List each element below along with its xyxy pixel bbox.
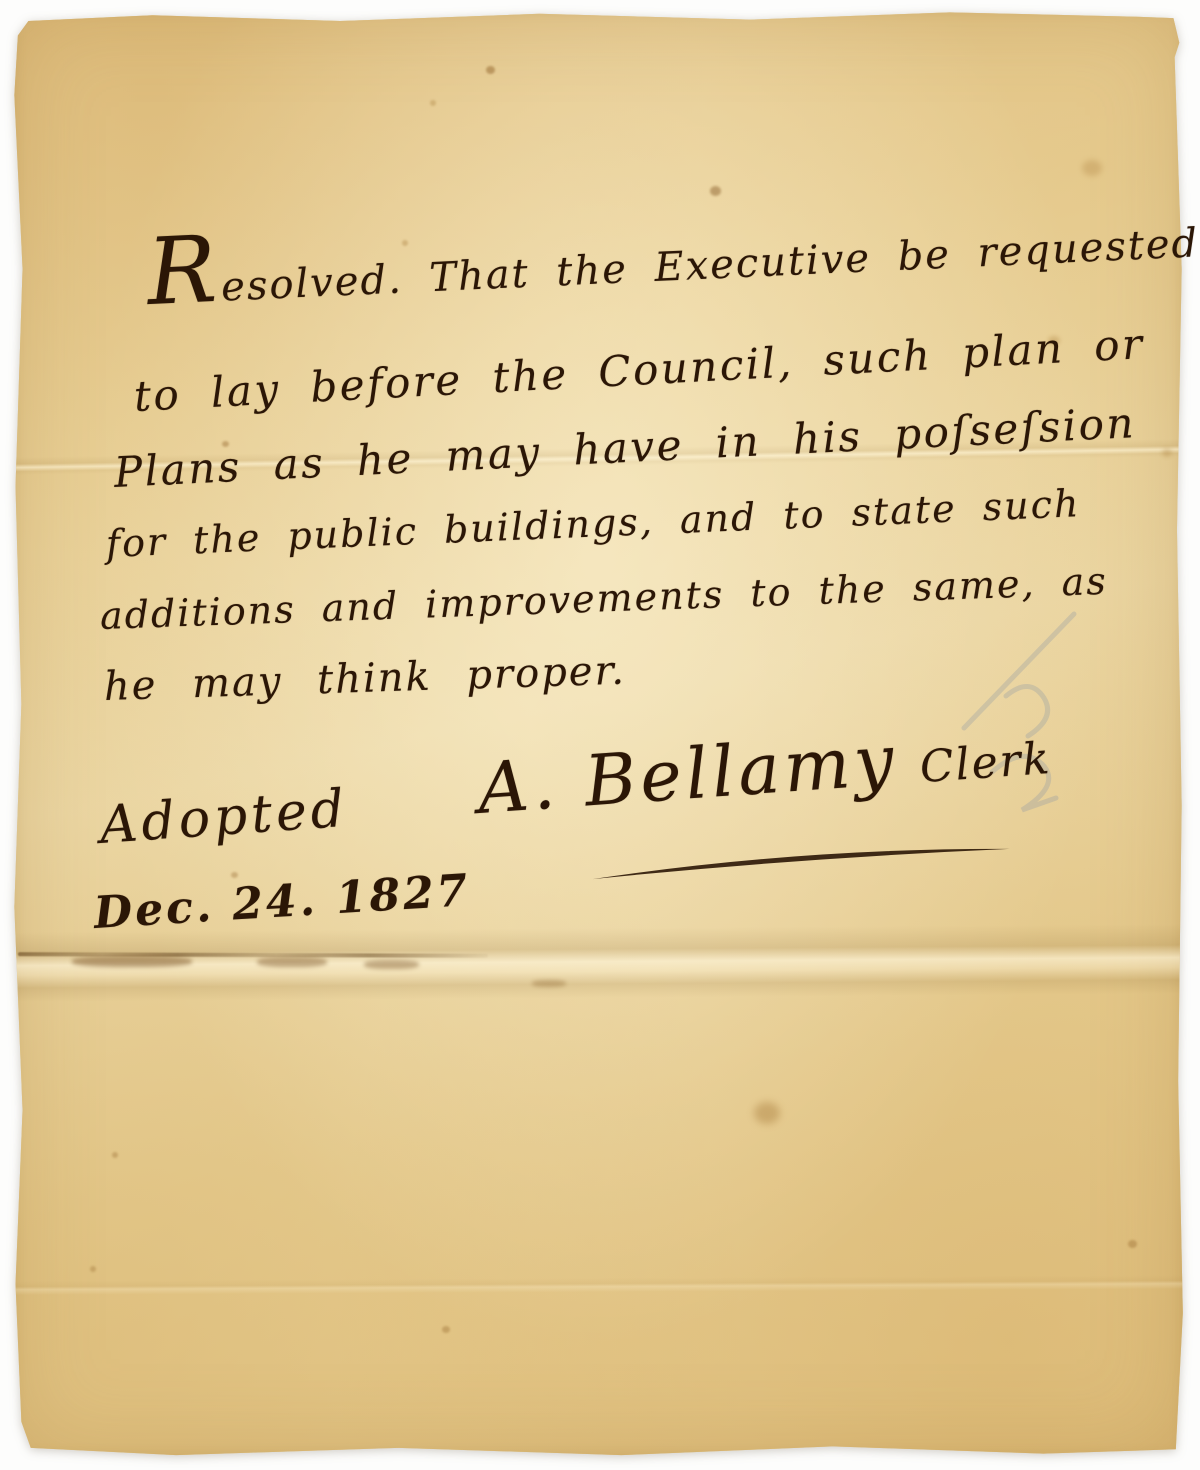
stain-spot: [1082, 160, 1102, 176]
stain-spot: [430, 100, 436, 106]
fold-crease-lower: [12, 1275, 1184, 1295]
stain-spot: [231, 872, 238, 878]
stain-spot: [754, 1102, 780, 1124]
stain-spot: [1128, 1240, 1137, 1248]
crease-stain: [532, 980, 566, 987]
fold-crease-middle: [12, 924, 1184, 1002]
stain-spot: [442, 1326, 450, 1333]
crease-stain: [364, 960, 419, 969]
stain-spot: [402, 240, 408, 246]
crease-stain: [72, 956, 192, 967]
crease-stain: [257, 957, 327, 967]
stain-spot: [1162, 448, 1172, 457]
stain-spot: [112, 1152, 118, 1158]
stain-spot: [486, 66, 495, 74]
stain-spot: [90, 1266, 96, 1272]
fold-crease-middle-line: [18, 952, 488, 958]
stain-spot: [710, 186, 721, 196]
signature-title: Clerk: [918, 733, 1053, 793]
